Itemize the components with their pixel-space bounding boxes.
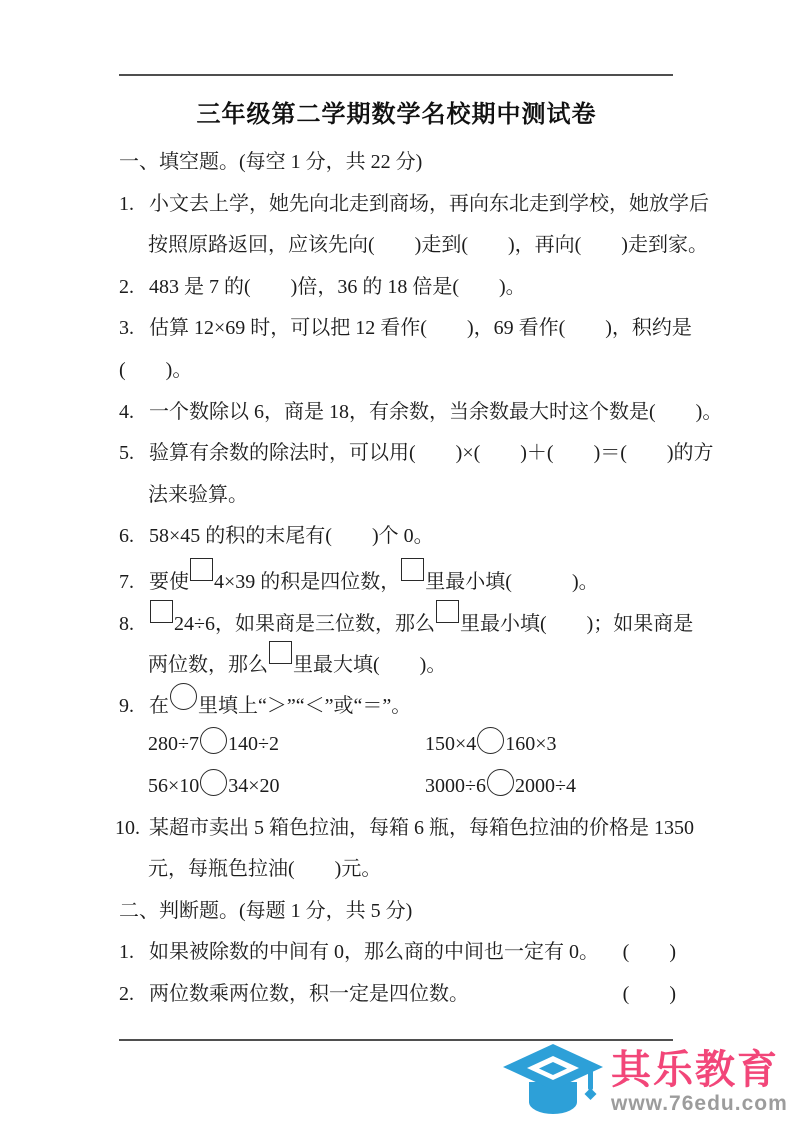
comparison-expression: 56×1034×20 <box>119 766 425 808</box>
expression-left: 56×10 <box>148 775 199 797</box>
expression-right: 140÷2 <box>228 733 279 755</box>
question-text: 验算有余数的除法时，可以用( )×( )＋( )＝( )的方 <box>149 442 714 464</box>
question-text: 两位数乘两位数，积一定是四位数。 <box>149 983 469 1005</box>
comparison-expression: 150×4160×3 <box>425 724 557 766</box>
question-number: 8. <box>119 604 149 646</box>
fill-q9-row1: 280÷7140÷2 150×4160×3 <box>119 724 676 766</box>
fill-q9-intro: 9.在里填上“＞”“＜”或“＝”。 <box>119 683 676 725</box>
top-rule-divider <box>119 74 673 76</box>
question-number: 2. <box>119 267 149 309</box>
expression-right: 34×20 <box>228 775 279 797</box>
blank-box <box>190 558 213 581</box>
brand-url: www.76edu.com <box>611 1092 788 1116</box>
fill-q8-line2: 两位数，那么里最大填( )。 <box>119 641 676 683</box>
fill-q10-line1: 10.某超市卖出 5 箱色拉油，每箱 6 瓶，每箱色拉油的价格是 1350 <box>119 808 676 850</box>
fill-q3-line2: ( )。 <box>119 350 676 392</box>
section-fill-heading: 一、填空题。(每空 1 分，共 22 分) <box>119 142 676 184</box>
fill-q10-line2: 元，每瓶色拉油( )元。 <box>119 849 676 891</box>
question-text: 里最小填( )；如果商是 <box>460 613 693 635</box>
question-number: 10. <box>115 808 149 850</box>
compare-circle <box>170 683 197 710</box>
question-number: 6. <box>119 516 149 558</box>
test-paper-page: 三年级第二学期数学名校期中测试卷 一、填空题。(每空 1 分，共 22 分) 1… <box>0 0 793 1122</box>
expression-right: 160×3 <box>505 733 556 755</box>
expression-left: 3000÷6 <box>425 775 486 797</box>
bottom-rule-divider <box>119 1039 673 1041</box>
fill-q5-line2: 法来验算。 <box>119 475 676 517</box>
question-text: 一个数除以 6，商是 18，有余数，当余数最大时这个数是( )。 <box>149 401 722 423</box>
judge-text: 1.如果被除数的中间有 0，那么商的中间也一定有 0。 <box>119 932 599 974</box>
question-text: 两位数，那么 <box>148 654 268 676</box>
comparison-expression: 3000÷62000÷4 <box>425 766 576 808</box>
answer-parens: ( ) <box>623 974 676 1016</box>
question-number: 3. <box>119 308 149 350</box>
graduation-cap-icon <box>503 1042 607 1120</box>
question-text: 里最大填( )。 <box>293 654 446 676</box>
section-judge-heading: 二、判断题。(每题 1 分，共 5 分) <box>119 891 676 933</box>
fill-q2-line1: 2.483 是 7 的( )倍，36 的 18 倍是( )。 <box>119 267 676 309</box>
fill-q9-row2: 56×1034×20 3000÷62000÷4 <box>119 766 676 808</box>
question-number: 9. <box>119 686 149 728</box>
blank-box <box>269 641 292 664</box>
question-text: 估算 12×69 时，可以把 12 看作( )，69 看作( )，积约是 <box>149 317 692 339</box>
question-number: 2. <box>119 974 149 1016</box>
fill-q4-line1: 4.一个数除以 6，商是 18，有余数，当余数最大时这个数是( )。 <box>119 392 676 434</box>
brand-name: 其乐教育 <box>611 1048 788 1092</box>
page-title: 三年级第二学期数学名校期中测试卷 <box>0 94 793 129</box>
question-text: 24÷6，如果商是三位数，那么 <box>174 613 435 635</box>
question-text: 小文去上学，她先向北走到商场，再向东北走到学校，她放学后 <box>149 193 709 215</box>
expression-left: 280÷7 <box>148 733 199 755</box>
brand-footer: 其乐教育 www.76edu.com <box>503 1042 793 1122</box>
judge-text: 2.两位数乘两位数，积一定是四位数。 <box>119 974 469 1016</box>
brand-text-block: 其乐教育 www.76edu.com <box>611 1048 788 1116</box>
question-text: 58×45 的积的末尾有( )个 0。 <box>149 525 434 547</box>
expression-right: 2000÷4 <box>515 775 576 797</box>
compare-circle <box>477 727 504 754</box>
blank-box <box>150 600 173 623</box>
fill-q5-line1: 5.验算有余数的除法时，可以用( )×( )＋( )＝( )的方 <box>119 433 676 475</box>
comparison-expression: 280÷7140÷2 <box>119 724 425 766</box>
question-text: 里填上“＞”“＜”或“＝”。 <box>198 695 411 717</box>
blank-box <box>401 558 424 581</box>
fill-q8-line1: 8.24÷6，如果商是三位数，那么里最小填( )；如果商是 <box>119 600 676 642</box>
paper-content: 一、填空题。(每空 1 分，共 22 分) 1.小文去上学，她先向北走到商场，再… <box>119 142 676 1015</box>
question-text: 4×39 的积是四位数， <box>214 571 400 593</box>
question-text: 如果被除数的中间有 0，那么商的中间也一定有 0。 <box>149 941 599 963</box>
question-number: 7. <box>119 562 149 604</box>
fill-q1-line2: 按照原路返回，应该先向( )走到( )，再向( )走到家。 <box>119 225 676 267</box>
question-number: 1. <box>119 184 149 226</box>
answer-parens: ( ) <box>623 932 676 974</box>
fill-q6-line1: 6.58×45 的积的末尾有( )个 0。 <box>119 516 676 558</box>
question-text: 在 <box>149 695 169 717</box>
expression-left: 150×4 <box>425 733 476 755</box>
question-text: 483 是 7 的( )倍，36 的 18 倍是( )。 <box>149 276 526 298</box>
compare-circle <box>487 769 514 796</box>
judge-item-1: 1.如果被除数的中间有 0，那么商的中间也一定有 0。 ( ) <box>119 932 676 974</box>
compare-circle <box>200 769 227 796</box>
question-text: 里最小填( )。 <box>425 571 598 593</box>
judge-item-2: 2.两位数乘两位数，积一定是四位数。 ( ) <box>119 974 676 1016</box>
question-number: 5. <box>119 433 149 475</box>
question-number: 1. <box>119 932 149 974</box>
blank-box <box>436 600 459 623</box>
compare-circle <box>200 727 227 754</box>
fill-q7-line1: 7.要使4×39 的积是四位数，里最小填( )。 <box>119 558 676 600</box>
question-number: 4. <box>119 392 149 434</box>
fill-q3-line1: 3.估算 12×69 时，可以把 12 看作( )，69 看作( )，积约是 <box>119 308 676 350</box>
question-text: 要使 <box>149 571 189 593</box>
question-text: 某超市卖出 5 箱色拉油，每箱 6 瓶，每箱色拉油的价格是 1350 <box>149 817 694 839</box>
fill-q1-line1: 1.小文去上学，她先向北走到商场，再向东北走到学校，她放学后 <box>119 184 676 226</box>
